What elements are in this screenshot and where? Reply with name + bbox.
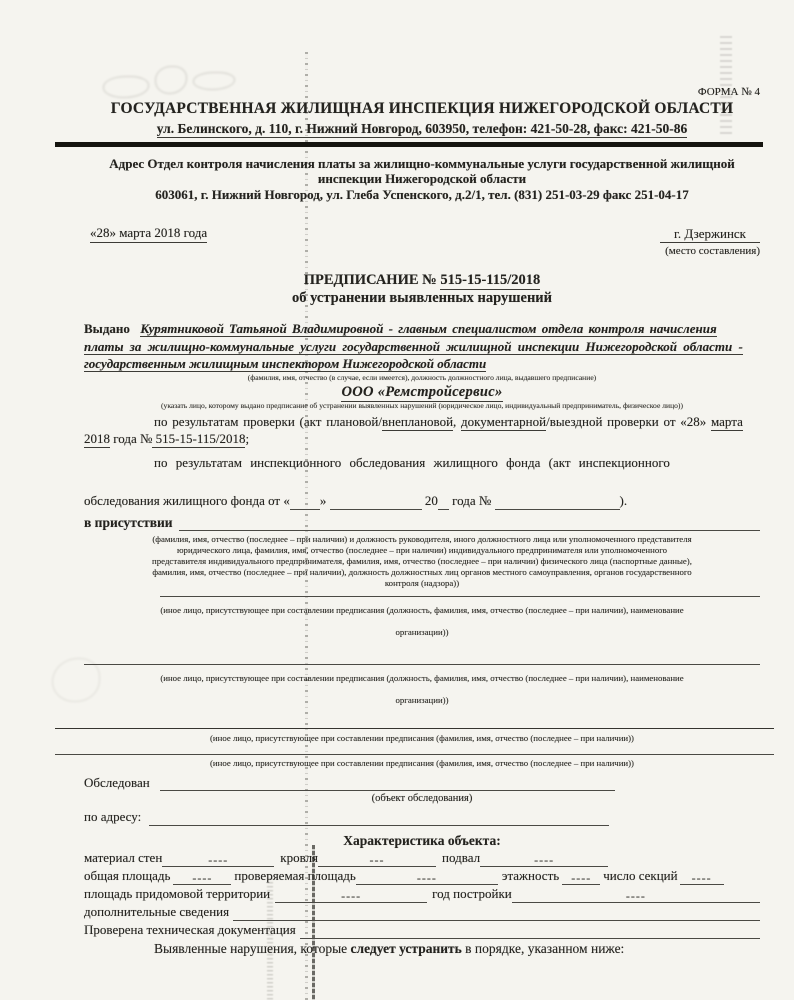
characteristic-row: дополнительные сведения [84, 903, 760, 921]
issued-to-line3: государственным жилищным инспектором Ниж… [84, 356, 486, 372]
letterhead-separator-bar [55, 142, 763, 147]
characteristic-row: площадь придомовой территории ---- год п… [84, 885, 760, 903]
surveyed-label: Обследован [84, 774, 150, 792]
organization-caption: (указать лицо, которому выдано предписан… [84, 401, 760, 410]
territory-area-label: площадь придомовой территории [84, 885, 270, 903]
check-documentary: документарной [461, 414, 546, 431]
issued-to-line1: Курятниковой Татьяной Владимировной - гл… [140, 321, 716, 337]
issued-to-line2: платы за жилищно-коммунальные услуги гос… [84, 339, 743, 355]
check-results-paragraph: по результатам проверки (акт плановой/вн… [84, 413, 760, 448]
org-name: ГОСУДАРСТВЕННАЯ ЖИЛИЩНАЯ ИНСПЕКЦИЯ НИЖЕГ… [84, 100, 760, 118]
inspection-year-blank [438, 495, 449, 510]
violations-intro: Выявленные нарушения, которые следует ус… [84, 941, 760, 957]
dept-address-line2: инспекции Нижегородской области [84, 171, 760, 187]
characteristics-block: материал стен ---- кровля --- подвал ---… [84, 849, 760, 939]
surveyed-row: Обследован [84, 774, 760, 792]
territory-area-blank: ---- [275, 888, 427, 903]
doc-subtitle: об устранении выявленных нарушений [84, 290, 760, 307]
inspection-paragraph-line1: по результатам инспекционного обследован… [84, 454, 760, 472]
issued-to-caption: (фамилия, имя, отчество (в случае, если … [84, 373, 760, 382]
inspection-paragraph-line2: обследования жилищного фонда от «» 20 го… [84, 492, 760, 510]
address-label: по адресу: [84, 808, 141, 826]
checked-area-label: проверяемая площадь [234, 867, 355, 885]
object-caption: (объект обследования) [84, 793, 760, 804]
check-month: марта [711, 414, 743, 431]
date-place-row: «28» марта 2018 года г. Дзержинск [84, 225, 760, 243]
other-person-caption-4: (иное лицо, присутствующее при составлен… [84, 758, 760, 769]
dept-address-line1: Адрес Отдел контроля начисления платы за… [84, 156, 760, 172]
organization-name-line: ООО «Ремстройсервис» [84, 384, 760, 401]
tech-docs-blank [300, 924, 760, 939]
build-year-blank: ---- [512, 888, 760, 903]
characteristic-row: Проверена техническая документация [84, 921, 760, 939]
check-act-number: 515-15-115/2018 [152, 431, 245, 448]
inspection-month-blank [330, 495, 422, 510]
separator-line [55, 754, 774, 755]
organization-name: ООО «Ремстройсервис» [341, 384, 502, 402]
presence-caption: (фамилия, имя, отчество (последнее – при… [84, 534, 760, 589]
other-person-caption-1: (иное лицо, присутствующее при составлен… [84, 605, 760, 638]
characteristic-row: материал стен ---- кровля --- подвал ---… [84, 849, 760, 867]
material-walls-blank: ---- [162, 852, 274, 867]
extra-info-blank [233, 906, 760, 921]
address-blank [149, 811, 609, 826]
issue-place: г. Дзержинск [660, 226, 760, 243]
surveyed-object-blank [160, 776, 615, 791]
separator-line [160, 596, 760, 597]
separator-line [55, 728, 774, 729]
doc-title: ПРЕДПИСАНИЕ № 515-15-115/2018 [84, 272, 760, 289]
check-text: по результатам проверки (акт плановой/ [154, 414, 382, 429]
presence-row: в присутствии [84, 515, 760, 531]
form-number-label: ФОРМА № 4 [84, 86, 760, 98]
basement-blank: ---- [480, 852, 608, 867]
place-caption: (место составления) [84, 245, 760, 257]
issued-to-paragraph: Выдано Курятниковой Татьяной Владимировн… [84, 320, 760, 373]
floors-blank: ---- [562, 870, 600, 885]
doc-title-prefix: ПРЕДПИСАНИЕ № [304, 272, 441, 288]
issued-to-label: Выдано [84, 321, 130, 336]
scanned-document-page: ФОРМА № 4 ГОСУДАРСТВЕННАЯ ЖИЛИЩНАЯ ИНСПЕ… [0, 0, 794, 1000]
total-area-label: общая площадь [84, 867, 170, 885]
violations-intro-bold: следует устранить [351, 941, 462, 956]
sections-label: число секций [603, 867, 677, 885]
org-contact-text: ул. Белинского, д. 110, г. Нижний Новгор… [157, 121, 688, 138]
basement-label: подвал [442, 849, 480, 867]
issue-date: «28» марта 2018 года [90, 225, 207, 243]
dept-address-block: Адрес Отдел контроля начисления платы за… [84, 156, 760, 203]
build-year-label: год постройки [432, 885, 512, 903]
extra-info-label: дополнительные сведения [84, 903, 229, 921]
other-person-caption-2: (иное лицо, присутствующее при составлен… [84, 673, 760, 706]
inspection-number-blank [495, 495, 620, 510]
material-walls-label: материал стен [84, 849, 162, 867]
tech-docs-label: Проверена техническая документация [84, 921, 296, 939]
characteristic-row: общая площадь ---- проверяемая площадь -… [84, 867, 760, 885]
dept-address-line3: 603061, г. Нижний Новгород, ул. Глеба Ус… [84, 187, 760, 203]
inspection-day-blank [290, 495, 320, 510]
doc-number: 515-15-115/2018 [440, 272, 540, 290]
other-person-caption-3: (иное лицо, присутствующее при составлен… [84, 733, 760, 744]
check-unscheduled: внеплановой [382, 414, 453, 431]
characteristics-heading: Характеристика объекта: [84, 833, 760, 849]
org-contact-line: ул. Белинского, д. 110, г. Нижний Новгор… [84, 121, 760, 137]
check-year: 2018 [84, 431, 110, 448]
roof-label: кровля [280, 849, 318, 867]
floors-label: этажность [502, 867, 559, 885]
presence-blank [179, 515, 760, 531]
total-area-blank: ---- [173, 870, 231, 885]
presence-label: в присутствии [84, 515, 173, 531]
roof-blank: --- [318, 852, 436, 867]
address-row: по адресу: [84, 808, 760, 826]
sections-blank: ---- [680, 870, 724, 885]
checked-area-blank: ---- [356, 870, 498, 885]
separator-line [84, 664, 760, 665]
